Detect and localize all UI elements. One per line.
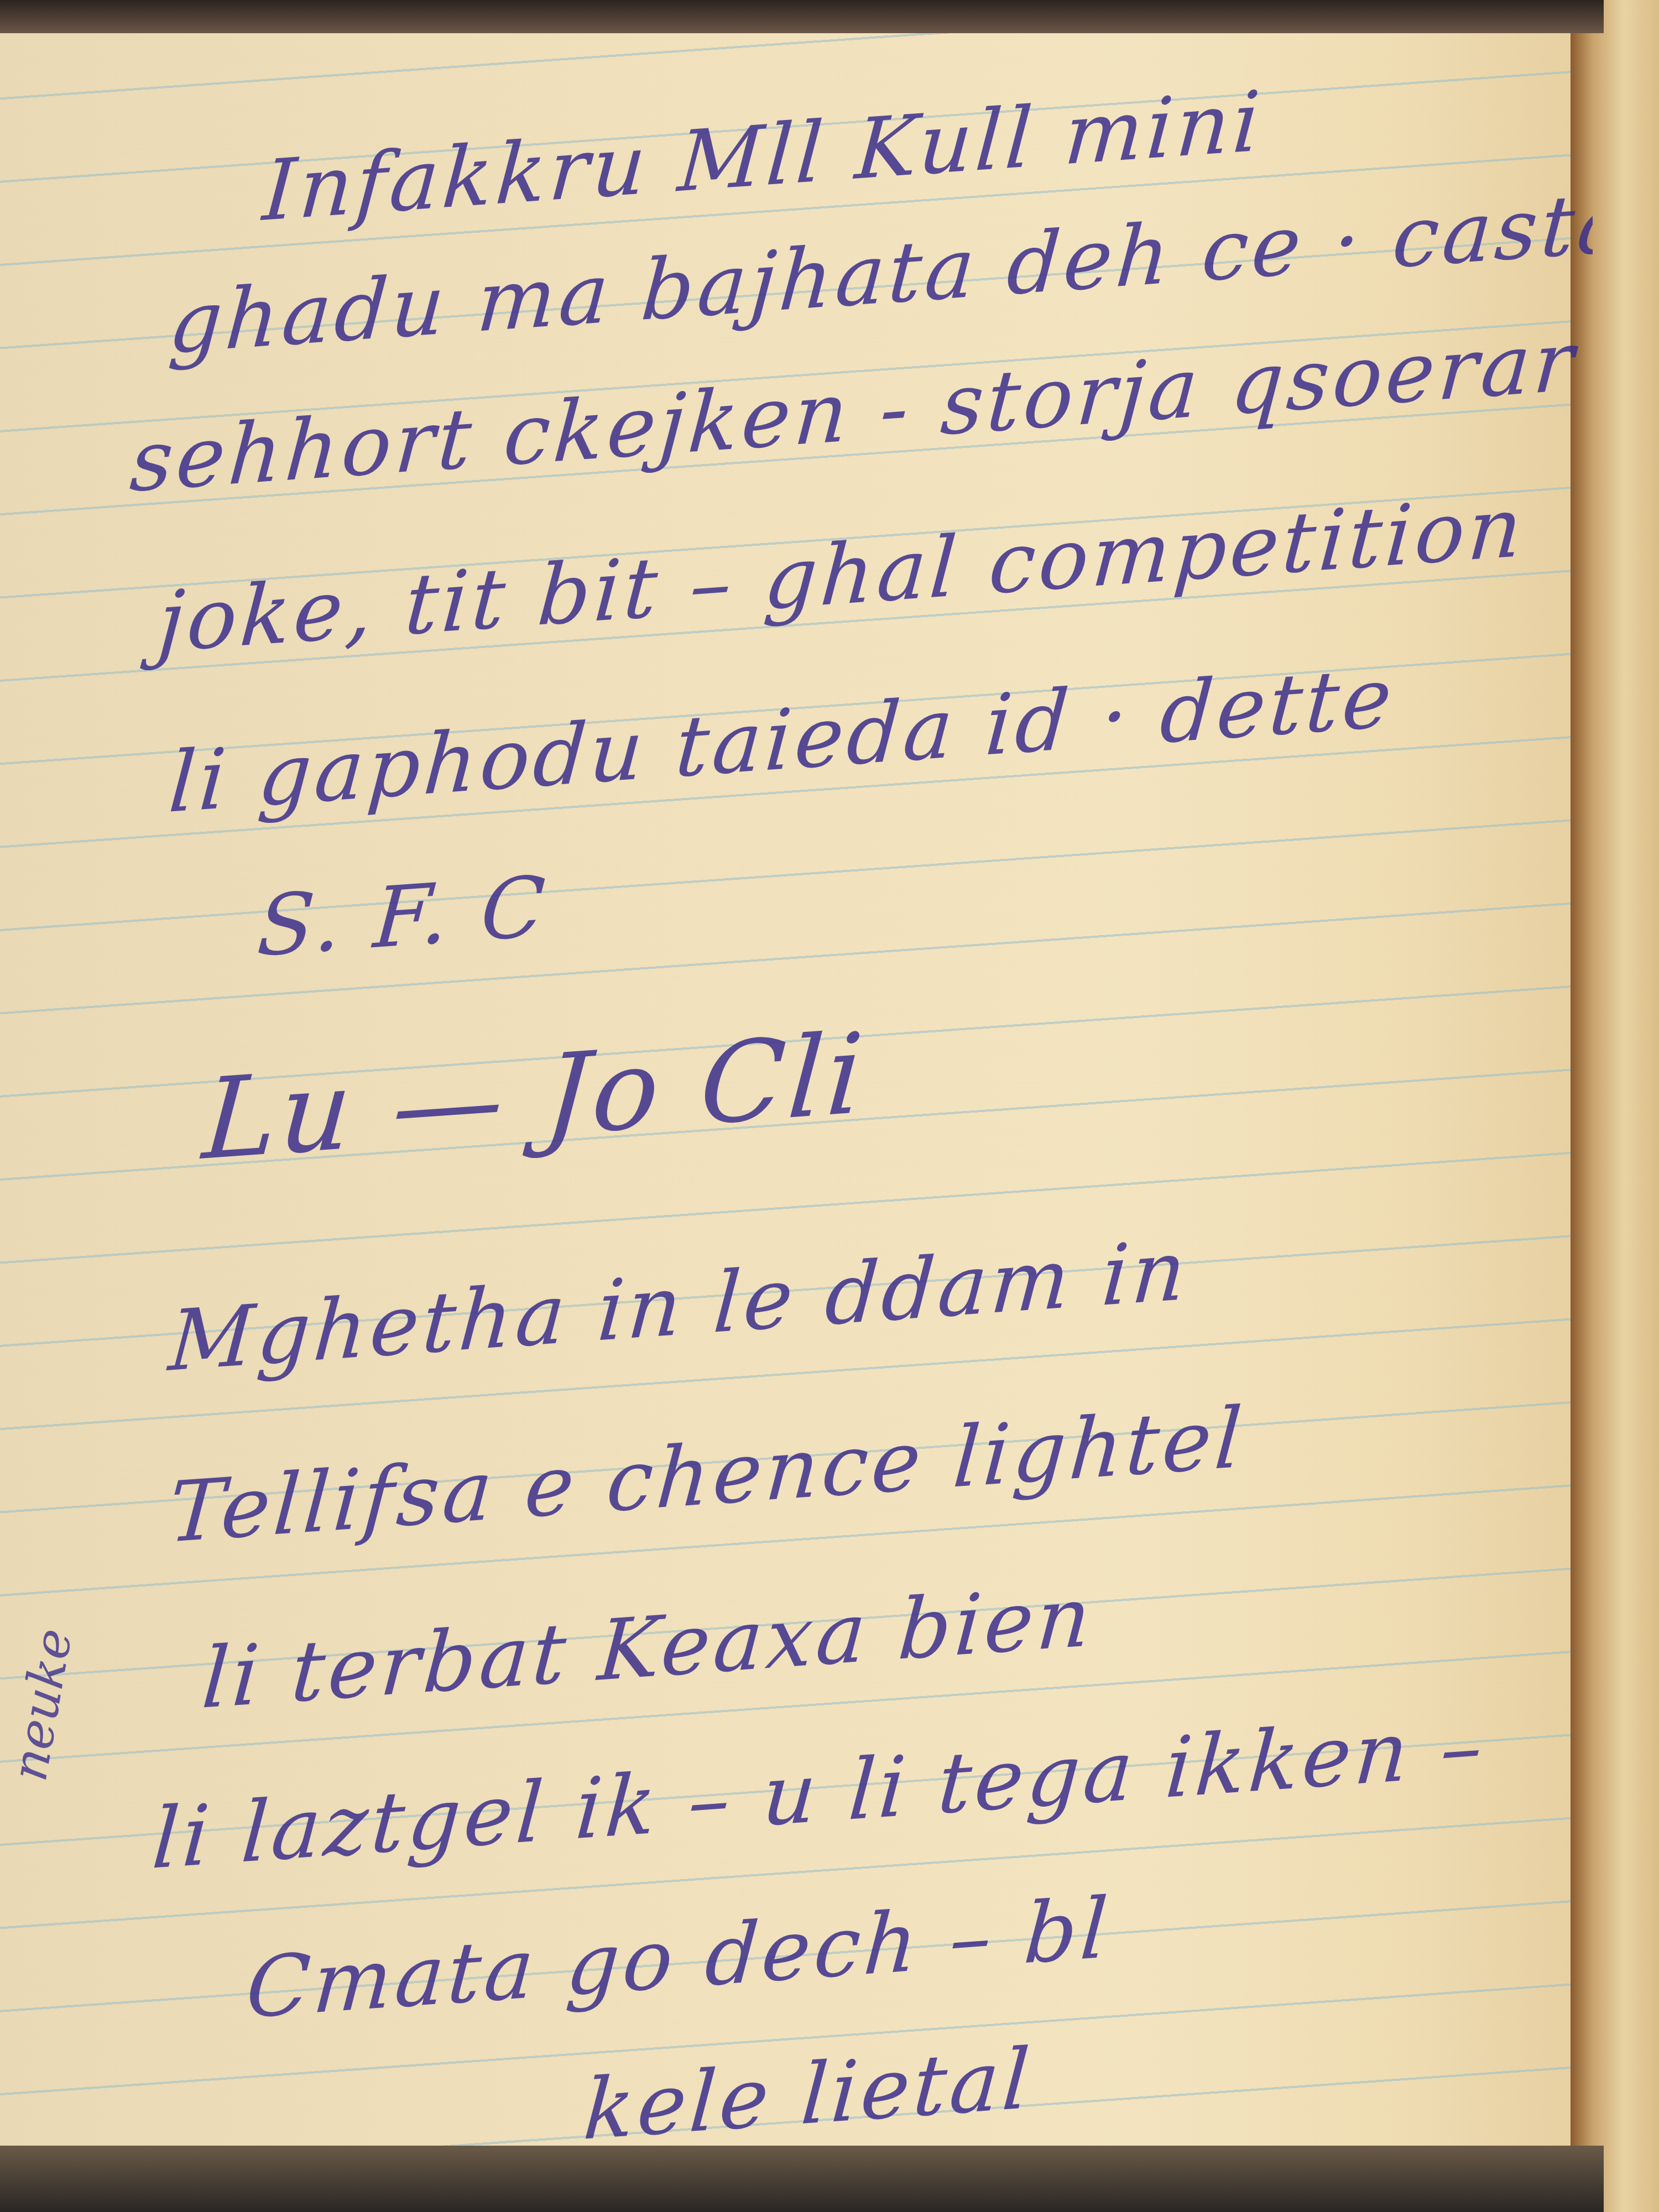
hw-line-8: Mghetha in le ddam in xyxy=(166,1222,1192,1390)
hw-line-12: Cmata go dech – bl xyxy=(243,1880,1114,2037)
bottom-edge xyxy=(0,2146,1604,2212)
notebook-page: Infakkru Mll Kull mini ghadu ma bajhata … xyxy=(0,17,1593,2184)
hw-line-5: li gaphodu taieda id · dette xyxy=(166,649,1398,832)
hw-line-10: li terbat Keaxa bien xyxy=(199,1568,1097,1728)
notebook-photo: Infakkru Mll Kull mini ghadu ma bajhata … xyxy=(0,0,1659,2212)
hw-line-13: kele lietal xyxy=(581,2031,1036,2159)
hw-line-7: Lu — Jo Cli xyxy=(199,1009,870,1185)
top-shadow xyxy=(0,0,1604,33)
hw-line-11: li laztgel ik – u li tega ikken – xyxy=(149,1698,1489,1888)
handwritten-text: Infakkru Mll Kull mini ghadu ma bajhata … xyxy=(0,17,1593,2184)
hw-line-9: Tellifsa e chence lightel xyxy=(166,1390,1248,1562)
margin-note: neuke xyxy=(0,1624,84,1785)
hw-line-6: S. F. C xyxy=(254,858,551,975)
hw-line-4: joke, tit bit – ghal competition xyxy=(155,479,1528,671)
